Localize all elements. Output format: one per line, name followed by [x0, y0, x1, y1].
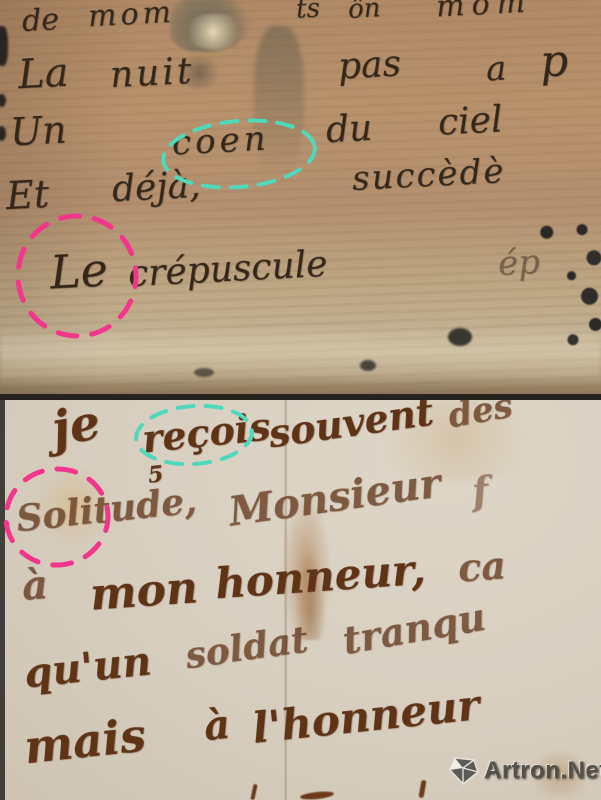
handwriting-word: ts	[295, 0, 320, 23]
gem-icon	[448, 756, 480, 786]
handwriting-word: ôn	[347, 0, 381, 23]
handwriting-word: tranqu	[340, 598, 488, 660]
edge-ink-mark	[0, 26, 8, 66]
handwriting-word-circled-teal: reçois	[140, 407, 272, 458]
handwriting-word: La	[17, 53, 69, 96]
handwriting-word: ca	[457, 546, 507, 587]
handwriting-word: p	[539, 39, 569, 84]
handwriting-word: pas	[337, 46, 402, 85]
cutoff-letter-stroke	[418, 780, 426, 799]
manuscript-comparison-image: de mom ts ôn mom La nuit pas a p Un coen…	[0, 0, 601, 800]
edge-ink-mark	[0, 94, 6, 107]
dark-streak	[0, 374, 601, 394]
handwriting-word: mais	[22, 712, 148, 770]
handwriting-word: crépuscule	[127, 247, 328, 293]
handwriting-word: déjà,	[111, 168, 201, 209]
ink-dot	[360, 360, 376, 371]
top-manuscript-photo: de mom ts ôn mom La nuit pas a p Un coen…	[0, 0, 601, 394]
handwriting-word: mom	[87, 0, 175, 32]
handwriting-word: nuit	[109, 54, 195, 94]
handwriting-word: de	[21, 5, 59, 37]
ink-dot	[448, 328, 472, 346]
bottom-manuscript-photo: je reçois souvent des 5 Solitude, Monsie…	[0, 400, 601, 800]
paper-abrasion	[184, 14, 242, 50]
handwriting-word: ciel	[437, 102, 503, 141]
handwriting-word: mon	[89, 566, 200, 617]
handwriting-word: a	[485, 51, 507, 86]
ink-dot	[194, 368, 214, 377]
photo-left-edge	[0, 400, 5, 800]
handwriting-word: ép	[497, 245, 541, 281]
watermark-text: Artron.Net	[484, 757, 601, 785]
handwriting-word: honneur,	[214, 549, 427, 606]
handwriting-word-circled-pink: Le	[49, 247, 109, 296]
watermark: Artron.Net	[448, 756, 601, 786]
handwriting-word: à	[21, 565, 50, 607]
handwriting-word: soldat	[183, 622, 310, 675]
cutoff-letter-stroke	[250, 784, 257, 800]
handwriting-word: Un	[9, 111, 67, 152]
edge-ink-mark	[0, 126, 6, 141]
handwriting-word: succèdè	[351, 154, 506, 196]
handwriting-word: Et	[5, 175, 50, 215]
handwriting-word-circled-teal: coen	[171, 121, 270, 160]
handwriting-word: du	[325, 111, 373, 149]
cutoff-letter-stroke	[300, 790, 335, 800]
handwriting-word: à	[202, 705, 232, 747]
handwriting-word: mom	[435, 0, 532, 22]
handwriting-word: je	[48, 400, 104, 454]
handwriting-word: qu'un	[22, 641, 153, 694]
